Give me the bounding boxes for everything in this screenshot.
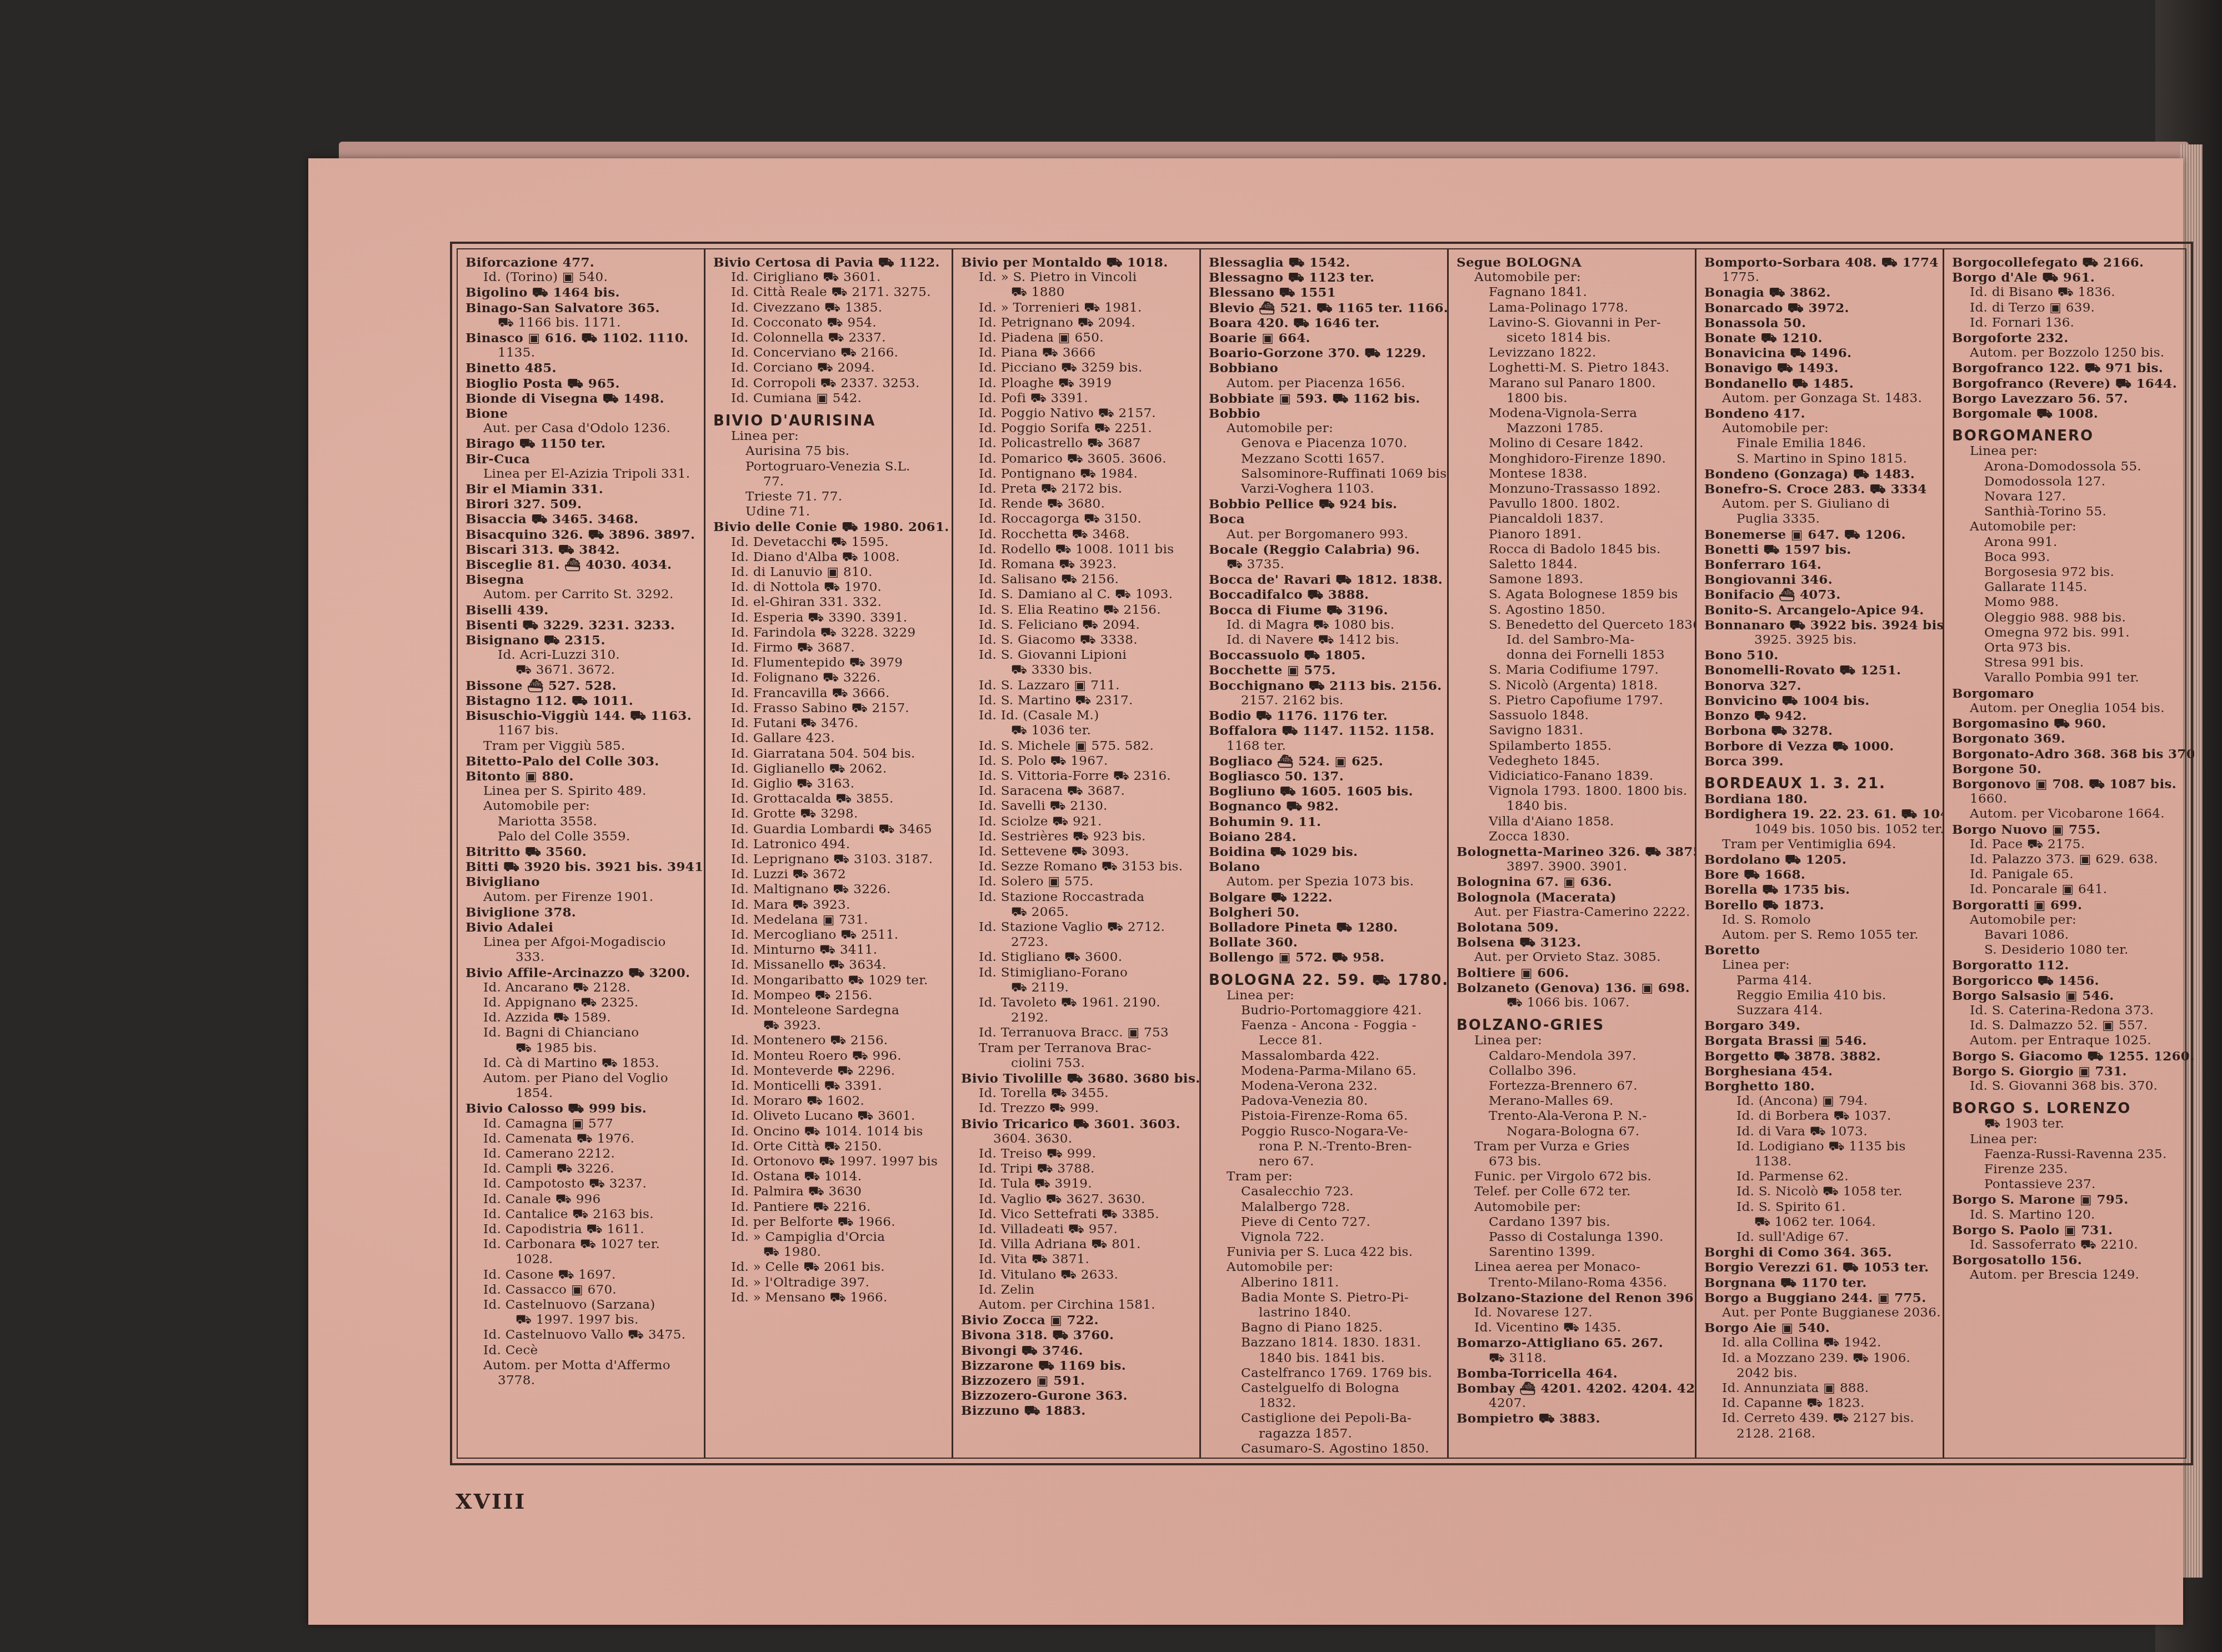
- index-entry: Bitritto ⛟ 3560.: [466, 844, 699, 859]
- index-entry: Id. Panigale 65.: [1952, 867, 2190, 882]
- index-entry: Bompietro ⛟ 3883.: [1457, 1411, 1690, 1426]
- index-entry: 1800 bis.: [1457, 391, 1690, 406]
- index-entry: Castiglione dei Pepoli-Ba-: [1209, 1411, 1443, 1426]
- index-entry: Casumaro-S. Agostino 1850.: [1209, 1441, 1443, 1456]
- index-entry: Tram per Terranova Brac-: [961, 1041, 1195, 1056]
- index-entry: ⛟ 3118.: [1457, 1351, 1690, 1366]
- index-entry: Modena-Verona 232.: [1209, 1079, 1443, 1094]
- index-entry: S. Benedetto del Querceto 1836.: [1457, 618, 1690, 633]
- index-entry: Caldaro-Mendola 397.: [1457, 1049, 1690, 1064]
- index-entry: Id. Trezzo ⛟ 999.: [961, 1101, 1195, 1116]
- index-entry: Passo di Costalunga 1390.: [1457, 1230, 1690, 1245]
- index-entry: 1840 bis.: [1457, 799, 1690, 814]
- index-entry: Linea aerea per Monaco-: [1457, 1260, 1690, 1275]
- index-column-7: Borgocollefegato ⛟ 2166.Borgo d'Ale ⛟ 96…: [1944, 249, 2194, 1458]
- index-entry: Borgonovo ▣ 708. ⛟ 1087 bis.: [1952, 777, 2190, 792]
- index-entry: 1832.: [1209, 1396, 1443, 1411]
- index-column-3: Bivio per Montaldo ⛟ 1018.Id. » S. Pietr…: [953, 249, 1201, 1458]
- index-entry: Id. Rende ⛟ 3680.: [961, 497, 1195, 512]
- index-entry: Autom. per Oneglia 1054 bis.: [1952, 701, 2190, 716]
- index-entry: Novara 127.: [1952, 489, 2190, 504]
- index-entry: Genova e Piacenza 1070.: [1209, 436, 1443, 451]
- index-entry: Bomporto-Sorbara 408. ⛟ 1774 bis: [1704, 255, 1938, 270]
- index-entry: Bivongi ⛟ 3746.: [961, 1343, 1195, 1358]
- section-heading: BORGOMANERO: [1952, 429, 2190, 444]
- index-entry: Id. » Torrenieri ⛟ 1981.: [961, 301, 1195, 316]
- index-entry: Bissone ⛴ 527. 528.: [466, 678, 699, 693]
- index-entry: Id. Città Reale ⛟ 2171. 3275.: [713, 285, 947, 300]
- index-entry: Id. Solero ▣ 575.: [961, 874, 1195, 889]
- index-entry: Bivio Affile-Arcinazzo ⛟ 3200.: [466, 965, 699, 980]
- index-entry: Bione: [466, 406, 699, 421]
- index-entry: Borgoratto 112.: [1952, 958, 2190, 973]
- index-entry: Faenza - Ancona - Foggia -: [1209, 1018, 1443, 1033]
- index-entry: Bondeno 417.: [1704, 406, 1938, 421]
- index-entry: Id. Medelana ▣ 731.: [713, 913, 947, 928]
- index-entry: Aut. per Fiastra-Camerino 2222.: [1457, 905, 1690, 920]
- index-entry: Linea per Afgoi-Mogadiscio: [466, 935, 699, 950]
- index-entry: Bohumin 9. 11.: [1209, 814, 1443, 829]
- index-entry: Autom. per Carrito St. 3292.: [466, 587, 699, 602]
- index-entry: Id. Lodigiano ⛟ 1135 bis: [1704, 1139, 1938, 1154]
- index-entry: Montese 1838.: [1457, 467, 1690, 482]
- index-entry: Castelguelfo di Bologna: [1209, 1381, 1443, 1396]
- index-entry: Id. Sciolze ⛟ 921.: [961, 814, 1195, 829]
- index-entry: Bonemerse ▣ 647. ⛟ 1206.: [1704, 527, 1938, 542]
- index-entry: Id. Petrignano ⛟ 2094.: [961, 316, 1195, 331]
- index-entry: Id. Cantalice ⛟ 2163 bis.: [466, 1207, 699, 1222]
- index-entry: Reggio Emilia 410 bis.: [1704, 988, 1938, 1003]
- index-entry: Blessano ⛟ 1551: [1209, 285, 1443, 300]
- index-entry: Autom. per Circhina 1581.: [961, 1298, 1195, 1313]
- index-entry: Linea per:: [713, 429, 947, 444]
- index-entry: Id. (Torino) ▣ 540.: [466, 270, 699, 285]
- index-entry: Castelfranco 1769. 1769 bis.: [1209, 1366, 1443, 1381]
- index-entry: Domodossola 127.: [1952, 474, 2190, 489]
- index-entry: Aut. per Casa d'Odolo 1236.: [466, 421, 699, 436]
- index-entry: Id. » Mensano ⛟ 1966.: [713, 1290, 947, 1305]
- index-entry: Bogliuno ⛟ 1605. 1605 bis.: [1209, 784, 1443, 799]
- index-entry: Automobile per:: [1952, 913, 2190, 928]
- index-entry: Id. Poggio Nativo ⛟ 2157.: [961, 406, 1195, 421]
- index-entry: Id. Saracena ⛟ 3687.: [961, 784, 1195, 799]
- index-entry: siceto 1814 bis.: [1457, 331, 1690, 346]
- index-entry: Id. Castelnuovo (Sarzana): [466, 1298, 699, 1313]
- index-columns: Biforcazione 477.Id. (Torino) ▣ 540.Bigo…: [457, 248, 2186, 1459]
- index-entry: Bonomelli-Rovato ⛟ 1251.: [1704, 663, 1938, 678]
- index-entry: Aurisina 75 bis.: [713, 444, 947, 459]
- index-entry: Bolano: [1209, 859, 1443, 874]
- index-entry: Blevio ⛴ 521. ⛟ 1165 ter. 1166.: [1209, 301, 1443, 316]
- index-entry: Id. Cerreto 439. ⛟ 2127 bis.: [1704, 1411, 1938, 1426]
- index-entry: Boccassuolo ⛟ 1805.: [1209, 648, 1443, 663]
- index-entry: Budrio-Portomaggiore 421.: [1209, 1003, 1443, 1018]
- index-entry: Bir el Miamin 331.: [466, 482, 699, 497]
- index-entry: Binasco ▣ 616. ⛟ 1102. 1110.: [466, 331, 699, 346]
- index-entry: Varzi-Voghera 1103.: [1209, 482, 1443, 497]
- index-frame: Biforcazione 477.Id. (Torino) ▣ 540.Bigo…: [450, 242, 2193, 1465]
- index-entry: Borgo S. Paolo ▣ 731.: [1952, 1223, 2190, 1238]
- index-entry: Bonzo ⛟ 942.: [1704, 708, 1938, 723]
- index-entry: Id. Pantiere ⛟ 2216.: [713, 1200, 947, 1215]
- index-entry: Borgomale ⛟ 1008.: [1952, 406, 2190, 421]
- index-entry: Id. S. Damiano al C. ⛟ 1093.: [961, 587, 1195, 602]
- index-entry: Id. S. Nicolò ⛟ 1058 ter.: [1704, 1184, 1938, 1199]
- index-entry: Id. S. Giovanni Lipioni: [961, 648, 1195, 663]
- index-entry: Id. Pace ⛟ 2175.: [1952, 837, 2190, 852]
- index-entry: Bonito-S. Arcangelo-Apice 94.: [1704, 603, 1938, 618]
- index-entry: ⛟ 1980.: [713, 1245, 947, 1260]
- index-entry: Id. Colonnella ⛟ 2337.: [713, 331, 947, 346]
- section-heading: BORDEAUX 1. 3. 21.: [1704, 777, 1938, 792]
- index-entry: Id. Torella ⛟ 3455.: [961, 1086, 1195, 1101]
- index-column-1: Biforcazione 477.Id. (Torino) ▣ 540.Bigo…: [458, 249, 705, 1458]
- index-entry: Santhià-Torino 55.: [1952, 504, 2190, 519]
- index-entry: Id. Cassacco ▣ 670.: [466, 1283, 699, 1298]
- index-entry: Autom. per S. Giuliano di: [1704, 497, 1938, 512]
- index-entry: Linea per S. Spirito 489.: [466, 784, 699, 799]
- index-entry: Id. Villadeati ⛟ 957.: [961, 1222, 1195, 1237]
- index-entry: Id. Corciano ⛟ 2094.: [713, 361, 947, 376]
- index-entry: Borgoricco ⛟ 1456.: [1952, 973, 2190, 988]
- index-entry: Bono 510.: [1704, 648, 1938, 663]
- index-entry: Id. Savelli ⛟ 2130.: [961, 799, 1195, 814]
- index-entry: Bolognetta-Marineo 326. ⛟ 3875.: [1457, 844, 1690, 859]
- index-entry: lastrino 1840.: [1209, 1305, 1443, 1320]
- index-entry: Id. Poncarale ▣ 641.: [1952, 882, 2190, 897]
- section-heading: BOLZANO-GRIES: [1457, 1018, 1690, 1033]
- index-entry: Borgo Nuovo ▣ 755.: [1952, 822, 2190, 837]
- index-entry: Id. di Magra ⛟ 1080 bis.: [1209, 618, 1443, 633]
- index-entry: Id. Farindola ⛟ 3228. 3229: [713, 625, 947, 640]
- index-entry: Bonifacio ⛴ 4073.: [1704, 587, 1938, 602]
- index-entry: Bordolano ⛟ 1205.: [1704, 852, 1938, 867]
- index-entry: Bivio Calosso ⛟ 999 bis.: [466, 1101, 699, 1116]
- index-entry: Bisegna: [466, 572, 699, 587]
- index-entry: Bollengo ▣ 572. ⛟ 958.: [1209, 950, 1443, 965]
- index-entry: Fagnano 1841.: [1457, 285, 1690, 300]
- index-entry: Id. Esperia ⛟ 3390. 3391.: [713, 610, 947, 625]
- index-entry: Id. Cirigliano ⛟ 3601.: [713, 270, 947, 285]
- index-column-6: Bomporto-Sorbara 408. ⛟ 1774 bis1775.Bon…: [1696, 249, 1944, 1458]
- index-entry: Bivio Zocca ▣ 722.: [961, 1313, 1195, 1328]
- index-entry: Id. S. Lazzaro ▣ 711.: [961, 678, 1195, 693]
- index-entry: Id. Tavoleto ⛟ 1961. 2190.: [961, 995, 1195, 1010]
- index-entry: Bolzano-Stazione del Renon 396: [1457, 1290, 1690, 1305]
- index-entry: Vignola 722.: [1209, 1230, 1443, 1245]
- index-entry: Id. Sezze Romano ⛟ 3153 bis.: [961, 859, 1195, 874]
- index-entry: Id. Concerviano ⛟ 2166.: [713, 346, 947, 361]
- index-entry: ⛟ 1036 ter.: [961, 723, 1195, 738]
- index-entry: Finale Emilia 1846.: [1704, 436, 1938, 451]
- index-entry: Levizzano 1822.: [1457, 346, 1690, 361]
- index-entry: Lecce 81.: [1209, 1033, 1443, 1048]
- index-entry: Borello ⛟ 1873.: [1704, 898, 1938, 913]
- index-entry: Arona-Domodossola 55.: [1952, 459, 2190, 474]
- index-entry: Badia Monte S. Pietro-Pi-: [1209, 1290, 1443, 1305]
- index-entry: Bognanco ⛟ 982.: [1209, 799, 1443, 814]
- index-entry: ⛟ 1166 bis. 1171.: [466, 316, 699, 331]
- index-entry: Id. S. Giovanni 368 bis. 370.: [1952, 1079, 2190, 1094]
- index-entry: Automobile per:: [466, 799, 699, 814]
- index-entry: Id. Flumentepido ⛟ 3979: [713, 655, 947, 670]
- index-entry: 4207.: [1457, 1396, 1690, 1411]
- index-entry: Bionde di Visegna ⛟ 1498.: [466, 391, 699, 406]
- index-entry: Bolsena ⛟ 3123.: [1457, 935, 1690, 950]
- index-entry: Boca: [1209, 512, 1443, 527]
- index-entry: Id. Salisano ⛟ 2156.: [961, 572, 1195, 587]
- index-entry: Boltiere ▣ 606.: [1457, 965, 1690, 980]
- index-entry: Autom. per Piacenza 1656.: [1209, 376, 1443, 391]
- index-entry: Id. alla Collina ⛟ 1942.: [1704, 1335, 1938, 1350]
- index-entry: Id. Luzzi ⛟ 3672: [713, 867, 947, 882]
- index-entry: ⛟ 3735.: [1209, 557, 1443, 572]
- index-entry: Id. Cecè: [466, 1343, 699, 1358]
- index-entry: Id. Annunziata ▣ 888.: [1704, 1381, 1938, 1396]
- index-entry: Id. Grotte ⛟ 3298.: [713, 807, 947, 822]
- index-entry: Id. Appignano ⛟ 2325.: [466, 995, 699, 1010]
- index-entry: Id. S. Spirito 61.: [1704, 1200, 1938, 1215]
- index-entry: Bondeno (Gonzaga) ⛟ 1483.: [1704, 467, 1938, 482]
- index-entry: Bocca de' Ravari ⛟ 1812. 1838.: [1209, 572, 1443, 587]
- index-entry: Id. Terranuova Bracc. ▣ 753: [961, 1025, 1195, 1040]
- index-entry: rona P. N.-Trento-Bren-: [1209, 1139, 1443, 1154]
- index-entry: Boarie ▣ 664.: [1209, 331, 1443, 346]
- index-entry: Udine 71.: [713, 504, 947, 519]
- index-entry: Id. di Bisano ⛟ 1836.: [1952, 285, 2190, 300]
- index-entry: Id. Giglianello ⛟ 2062.: [713, 762, 947, 777]
- index-entry: ⛟ 2119.: [961, 980, 1195, 995]
- index-entry: 3604. 3630.: [961, 1132, 1195, 1147]
- index-entry: Borgone 50.: [1952, 762, 2190, 777]
- page-number: XVIII: [456, 1489, 526, 1514]
- index-entry: Id. Oncino ⛟ 1014. 1014 bis: [713, 1124, 947, 1139]
- index-entry: Funivia per S. Luca 422 bis.: [1209, 1245, 1443, 1260]
- index-entry: Trento-Milano-Roma 4356.: [1457, 1275, 1690, 1290]
- index-entry: Autom. per S. Remo 1055 ter.: [1704, 928, 1938, 943]
- index-entry: Id. Devetacchi ⛟ 1595.: [713, 535, 947, 550]
- index-entry: ⛟ 3330 bis.: [961, 663, 1195, 678]
- index-entry: Borgofranco 122. ⛟ 971 bis.: [1952, 361, 2190, 376]
- index-entry: 1028.: [466, 1252, 699, 1267]
- index-entry: 1049 bis. 1050 bis. 1052 ter.: [1704, 822, 1938, 837]
- index-entry: Aut. per Ponte Buggianese 2036.: [1704, 1305, 1938, 1320]
- index-entry: Bolladore Pineta ⛟ 1280.: [1209, 920, 1443, 935]
- index-entry: Aut. per Orvieto Staz. 3085.: [1457, 950, 1690, 965]
- index-entry: Bondanello ⛟ 1485.: [1704, 376, 1938, 391]
- index-entry: Borghi di Como 364. 365.: [1704, 1245, 1938, 1260]
- index-entry: donna dei Fornelli 1853: [1457, 648, 1690, 663]
- index-entry: Id. di Terzo ▣ 639.: [1952, 301, 2190, 316]
- index-entry: Bivigliano: [466, 874, 699, 889]
- index-entry: 673 bis.: [1457, 1154, 1690, 1169]
- index-entry: Bobbio Pellice ⛟ 924 bis.: [1209, 497, 1443, 512]
- index-entry: Suzzara 414.: [1704, 1003, 1938, 1018]
- index-entry: Massalombarda 422.: [1209, 1049, 1443, 1064]
- index-entry: S. Agostino 1850.: [1457, 603, 1690, 618]
- index-entry: Id. Casone ⛟ 1697.: [466, 1268, 699, 1283]
- index-entry: Bagno di Piano 1825.: [1209, 1320, 1443, 1335]
- index-entry: Bolognola (Macerata): [1457, 890, 1690, 905]
- index-entry: Linea per:: [1952, 1132, 2190, 1147]
- index-entry: Borgoratti ▣ 699.: [1952, 898, 2190, 913]
- index-entry: Id. Corropoli ⛟ 2337. 3253.: [713, 376, 947, 391]
- index-entry: Malalbergo 728.: [1209, 1200, 1443, 1215]
- index-entry: Mezzano Scotti 1657.: [1209, 452, 1443, 467]
- index-entry: Borgo Lavezzaro 56. 57.: [1952, 391, 2190, 406]
- index-entry: Id. Bagni di Chianciano: [466, 1025, 699, 1040]
- index-entry: 1138.: [1704, 1154, 1938, 1169]
- index-entry: Loghetti-M. S. Pietro 1843.: [1457, 361, 1690, 376]
- index-entry: Id. Cà di Martino ⛟ 1853.: [466, 1056, 699, 1071]
- index-entry: Id. del Sambro-Ma-: [1457, 633, 1690, 648]
- index-entry: Nogara-Bologna 67.: [1457, 1124, 1690, 1139]
- index-entry: Id. Capanne ⛟ 1823.: [1704, 1396, 1938, 1411]
- index-entry: Id. Ploaghe ⛟ 3919: [961, 376, 1195, 391]
- index-entry: Bizzuno ⛟ 1883.: [961, 1403, 1195, 1418]
- index-entry: Borgosatollo 156.: [1952, 1253, 2190, 1268]
- index-entry: Oleggio 988. 988 bis.: [1952, 610, 2190, 625]
- index-entry: Id. S. Elia Reatino ⛟ 2156.: [961, 603, 1195, 618]
- index-entry: Boffalora ⛟ 1147. 1152. 1158.: [1209, 723, 1443, 738]
- index-entry: Id. Guardia Lombardi ⛟ 3465: [713, 822, 947, 837]
- index-entry: Id. S. Giacomo ⛟ 3338.: [961, 633, 1195, 648]
- index-column-5: Segue BOLOGNAAutomobile per:Fagnano 1841…: [1449, 249, 1696, 1458]
- index-entry: Bigolino ⛟ 1464 bis.: [466, 285, 699, 300]
- index-entry: Borgo S. Giacomo ⛟ 1255. 1260.: [1952, 1049, 2190, 1064]
- index-entry: Borgetto ⛟ 3878. 3882.: [1704, 1049, 1938, 1064]
- index-entry: Id. Stigliano ⛟ 3600.: [961, 950, 1195, 965]
- index-entry: Automobile per:: [1209, 1260, 1443, 1275]
- index-entry: Boidina ⛟ 1029 bis.: [1209, 844, 1443, 859]
- index-entry: Id. Roccagorga ⛟ 3150.: [961, 512, 1195, 527]
- index-entry: 333.: [466, 950, 699, 965]
- index-entry: Binago-San Salvatore 365.: [466, 301, 699, 316]
- index-entry: Id. S. Romolo: [1704, 913, 1938, 928]
- index-entry: 3778.: [466, 1373, 699, 1388]
- index-entry: ragazza 1857.: [1209, 1426, 1443, 1441]
- index-entry: Bavari 1086.: [1952, 928, 2190, 943]
- index-entry: Molino di Cesare 1842.: [1457, 436, 1690, 451]
- index-entry: Bonferraro 164.: [1704, 557, 1938, 572]
- index-entry: Id. Monteleone Sardegna: [713, 1003, 947, 1018]
- index-entry: Bonassola 50.: [1704, 316, 1938, 331]
- index-entry: Id. Capodistria ⛟ 1611.: [466, 1222, 699, 1237]
- index-entry: Vedegheto 1845.: [1457, 754, 1690, 769]
- index-entry: Zocca 1830.: [1457, 829, 1690, 844]
- index-column-2: Bivio Certosa di Pavia ⛟ 1122.Id. Cirigl…: [705, 249, 953, 1458]
- index-entry: Trento-Ala-Verona P. N.-: [1457, 1109, 1690, 1124]
- index-entry: Id. Mongaribatto ⛟ 1029 ter.: [713, 973, 947, 988]
- index-entry: Linea per:: [1209, 988, 1443, 1003]
- index-entry: Id. Stazione Vaglio ⛟ 2712.: [961, 920, 1195, 935]
- index-entry: Vignola 1793. 1800. 1800 bis.: [1457, 784, 1690, 799]
- index-entry: Modena-Parma-Milano 65.: [1209, 1064, 1443, 1079]
- index-entry: Bonavigo ⛟ 1493.: [1704, 361, 1938, 376]
- index-entry: Id. Vicentino ⛟ 1435.: [1457, 1320, 1690, 1335]
- index-entry: Id. Ostana ⛟ 1014.: [713, 1169, 947, 1184]
- index-entry: Bocca di Fiume ⛟ 3196.: [1209, 603, 1443, 618]
- section-heading: BOLOGNA 22. 59. ⛟ 1780.: [1209, 973, 1443, 988]
- index-entry: Binetto 485.: [466, 361, 699, 376]
- index-entry: 2192.: [961, 1010, 1195, 1025]
- index-entry: Tram per Viggiù 585.: [466, 739, 699, 754]
- index-entry: Blessagno ⛟ 1123 ter.: [1209, 270, 1443, 285]
- index-entry: Bolognina 67. ▣ 636.: [1457, 874, 1690, 889]
- index-entry: Id. Carbonara ⛟ 1027 ter.: [466, 1237, 699, 1252]
- index-entry: Pontassieve 237.: [1952, 1177, 2190, 1192]
- index-entry: Bonate ⛟ 1210.: [1704, 331, 1938, 346]
- index-entry: Biscari 313. ⛟ 3842.: [466, 542, 699, 557]
- index-entry: Id. Monteverde ⛟ 2296.: [713, 1064, 947, 1079]
- index-entry: Automobile per:: [1209, 421, 1443, 436]
- index-entry: Vidiciatico-Fanano 1839.: [1457, 769, 1690, 784]
- index-entry: 1135.: [466, 346, 699, 361]
- index-entry: Borgosesia 972 bis.: [1952, 565, 2190, 580]
- index-entry: Biselli 439.: [466, 603, 699, 618]
- index-entry: Id. Tula ⛟ 3919.: [961, 1177, 1195, 1192]
- index-entry: Boiano 284.: [1209, 829, 1443, 844]
- index-entry: Bivio Adalei: [466, 920, 699, 935]
- index-entry: Linea per:: [1952, 444, 2190, 459]
- index-entry: Linea per:: [1457, 1033, 1690, 1048]
- index-entry: Bonvicino ⛟ 1004 bis.: [1704, 693, 1938, 708]
- index-entry: 2157. 2162 bis.: [1209, 693, 1443, 708]
- index-entry: Pavullo 1800. 1802.: [1457, 497, 1690, 512]
- index-entry: Id. Castelnuovo Vallo ⛟ 3475.: [466, 1328, 699, 1343]
- index-entry: Bordiana 180.: [1704, 792, 1938, 807]
- index-entry: Id. S. Michele ▣ 575. 582.: [961, 739, 1195, 754]
- index-entry: Bisceglie 81. ⛴ 4030. 4034.: [466, 557, 699, 572]
- index-entry: Monghidoro-Firenze 1890.: [1457, 452, 1690, 467]
- index-entry: Salsominore-Ruffinati 1069 bis: [1209, 467, 1443, 482]
- index-entry: Savigno 1831.: [1457, 723, 1690, 738]
- index-entry: Id. Zelin: [961, 1283, 1195, 1298]
- index-entry: Bivio Tivolille ⛟ 3680. 3680 bis.: [961, 1071, 1195, 1086]
- index-entry: Momo 988.: [1952, 595, 2190, 610]
- index-entry: Id. Id. (Casale M.): [961, 708, 1195, 723]
- index-entry: Firenze 235.: [1952, 1162, 2190, 1177]
- index-entry: Id. Campli ⛟ 3226.: [466, 1162, 699, 1177]
- index-entry: Bocchignano ⛟ 2113 bis. 2156.: [1209, 678, 1443, 693]
- index-entry: Id. Diano d'Alba ⛟ 1008.: [713, 550, 947, 565]
- index-entry: ⛟ 3923.: [713, 1018, 947, 1033]
- index-entry: Id. Pofi ⛟ 3391.: [961, 391, 1195, 406]
- index-entry: Bonefro-S. Croce 283. ⛟ 3334: [1704, 482, 1938, 497]
- index-entry: Id. Cocconato ⛟ 954.: [713, 316, 947, 331]
- index-entry: Id. Camenata ⛟ 1976.: [466, 1132, 699, 1147]
- index-entry: Bodio ⛟ 1176. 1176 ter.: [1209, 708, 1443, 723]
- index-entry: Id. Policastrello ⛟ 3687: [961, 436, 1195, 451]
- index-entry: Id. Novarese 127.: [1457, 1305, 1690, 1320]
- index-entry: Id. Acri-Luzzi 310.: [466, 648, 699, 663]
- index-entry: Autom. per Brescia 1249.: [1952, 1268, 2190, 1283]
- index-entry: Autom. per Piano del Voglio: [466, 1071, 699, 1086]
- index-entry: Id. Monticelli ⛟ 3391.: [713, 1079, 947, 1094]
- index-entry: Id. di Navere ⛟ 1412 bis.: [1209, 633, 1443, 648]
- index-entry: Id. Palmira ⛟ 3630: [713, 1184, 947, 1199]
- index-entry: Id. Giarratana 504. 504 bis.: [713, 747, 947, 762]
- index-entry: Gallarate 1145.: [1952, 580, 2190, 595]
- index-entry: Casalecchio 723.: [1209, 1184, 1443, 1199]
- index-entry: Boara 420. ⛟ 1646 ter.: [1209, 316, 1443, 331]
- index-entry: 1840 bis. 1841 bis.: [1209, 1351, 1443, 1366]
- index-entry: 1854.: [466, 1086, 699, 1101]
- index-entry: Bolgare ⛟ 1222.: [1209, 890, 1443, 905]
- index-entry: Borgio Verezzi 61. ⛟ 1053 ter.: [1704, 1260, 1938, 1275]
- index-entry: Borbore di Vezza ⛟ 1000.: [1704, 739, 1938, 754]
- index-entry: Bongiovanni 346.: [1704, 572, 1938, 587]
